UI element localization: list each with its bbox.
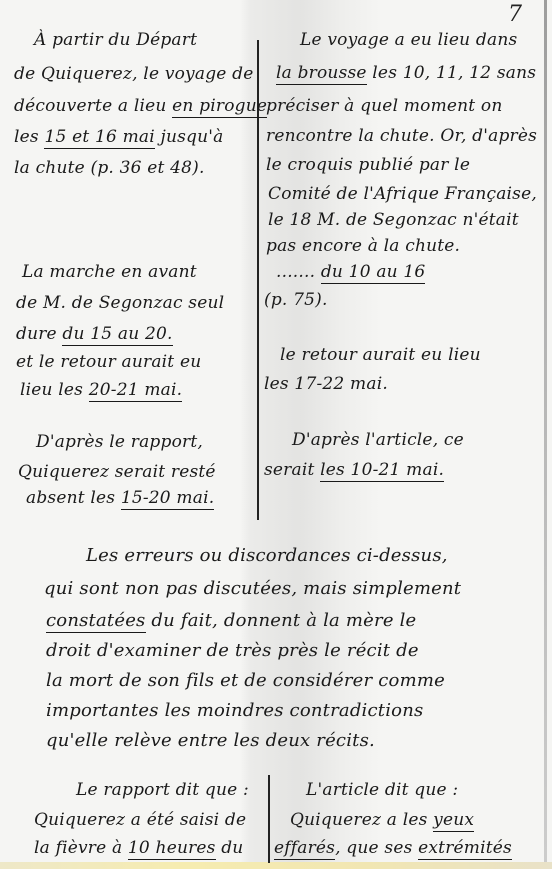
underlined-text: la brousse	[276, 63, 367, 85]
text-span: les 10, 11, 12 sans	[367, 63, 536, 83]
text-line: constatées du fait, donnent à la mère le	[46, 610, 416, 631]
underlined-text: constatées	[46, 610, 146, 633]
text-line: le retour aurait eu lieu	[280, 345, 481, 365]
text-line: qu'elle relève entre les deux récits.	[46, 730, 375, 751]
underlined-text: 15-20 mai.	[121, 488, 215, 510]
scan-edge	[544, 0, 547, 869]
text-line: la mort de son fils et de considérer com…	[46, 670, 445, 691]
underlined-text: en pirogue	[172, 96, 267, 118]
text-span: Quiquerez a les	[290, 810, 433, 830]
underlined-text: extrémités	[418, 838, 512, 860]
text-line: de Quiquerez, le voyage de	[14, 64, 253, 84]
text-span: dure	[16, 324, 62, 344]
text-line: droit d'examiner de très près le récit d…	[46, 640, 419, 661]
document-page: 7 À partir du Départ de Quiquerez, le vo…	[0, 0, 552, 869]
text-span: absent les	[26, 488, 121, 508]
underlined-text: du 15 au 20.	[62, 324, 172, 346]
underlined-text: yeux	[433, 810, 474, 832]
text-line: Les erreurs ou discordances ci-dessus,	[86, 545, 448, 566]
text-line: les 15 et 16 mai jusqu'à	[14, 127, 224, 147]
text-line: le 18 M. de Segonzac n'était	[268, 210, 519, 230]
text-span: lieu les	[20, 380, 89, 400]
text-line: pas encore à la chute.	[266, 236, 460, 256]
underlined-text: 10 heures	[128, 838, 216, 860]
underlined-text: effarés	[274, 838, 335, 860]
text-line: préciser à quel moment on	[266, 96, 503, 116]
text-line: la brousse les 10, 11, 12 sans	[276, 63, 536, 83]
underlined-text: les 10-21 mai.	[320, 460, 444, 482]
text-line: dure du 15 au 20.	[16, 324, 173, 344]
text-line: de M. de Segonzac seul	[16, 293, 224, 313]
text-line: La marche en avant	[22, 262, 197, 282]
text-line: ....... du 10 au 16	[276, 262, 425, 282]
column-divider-bottom	[268, 775, 270, 863]
text-line: importantes les moindres contradictions	[46, 700, 423, 721]
text-span: .......	[276, 262, 321, 282]
text-line: lieu les 20-21 mai.	[20, 380, 182, 400]
underlined-text: 20-21 mai.	[89, 380, 183, 402]
text-line: la fièvre à 10 heures du	[34, 838, 243, 858]
text-line: D'après le rapport,	[36, 432, 203, 452]
underlined-text: du 10 au 16	[321, 262, 426, 284]
text-span: du	[216, 838, 244, 858]
scan-bottom-strip	[0, 862, 552, 869]
text-line: Le rapport dit que :	[76, 780, 249, 800]
text-span: les	[14, 127, 44, 147]
text-span: du fait, donnent à la mère le	[146, 610, 417, 631]
text-line: Quiquerez serait resté	[18, 462, 216, 482]
text-span: jusqu'à	[155, 127, 224, 147]
text-line: Quiquerez a été saisi de	[34, 810, 246, 830]
text-line: qui sont non pas discutées, mais simplem…	[44, 578, 461, 599]
text-line: le croquis publié par le	[266, 155, 470, 175]
text-span: serait	[264, 460, 320, 480]
text-line: (p. 75).	[264, 290, 328, 310]
text-line: L'article dit que :	[306, 780, 458, 800]
text-span: découverte a lieu	[14, 96, 172, 116]
text-line: absent les 15-20 mai.	[26, 488, 214, 508]
text-span: la fièvre à	[34, 838, 128, 858]
page-number: 7	[508, 2, 522, 27]
text-line: À partir du Départ	[34, 30, 197, 50]
underlined-text: 15 et 16 mai	[44, 127, 154, 149]
text-line: D'après l'article, ce	[292, 430, 464, 450]
text-line: découverte a lieu en pirogue	[14, 96, 267, 116]
text-line: Quiquerez a les yeux	[290, 810, 474, 830]
text-span: , que ses	[335, 838, 418, 858]
text-line: rencontre la chute. Or, d'après	[266, 126, 537, 146]
text-line: et le retour aurait eu	[16, 352, 201, 372]
text-line: Comité de l'Afrique Française,	[268, 184, 537, 204]
text-line: les 17-22 mai.	[264, 374, 388, 394]
text-line: serait les 10-21 mai.	[264, 460, 444, 480]
text-line: la chute (p. 36 et 48).	[14, 158, 205, 178]
text-line: effarés, que ses extrémités	[274, 838, 512, 858]
text-line: Le voyage a eu lieu dans	[300, 30, 517, 50]
